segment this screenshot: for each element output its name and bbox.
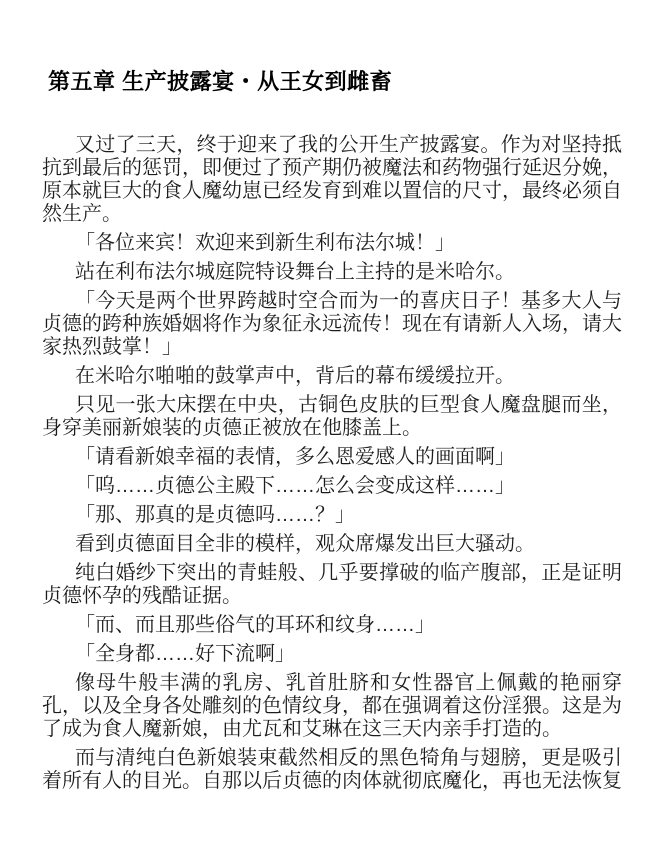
paragraph: 「请看新娘幸福的表情，多么恩爱感人的画面啊」 <box>42 446 622 469</box>
paragraph: 而与清纯白色新娘装束截然相反的黑色犄角与翅膀，更是吸引着所有人的目光。自那以后贞… <box>42 747 622 793</box>
paragraph: 站在利布法尔城庭院特设舞台上主持的是米哈尔。 <box>42 261 622 284</box>
paragraph: 「那、那真的是贞德吗……？」 <box>42 504 622 527</box>
paragraph: 「而、而且那些俗气的耳环和纹身……」 <box>42 614 622 637</box>
paragraph: 看到贞德面目全非的模样，观众席爆发出巨大骚动。 <box>42 533 622 556</box>
paragraph: 「全身都……好下流啊」 <box>42 643 622 666</box>
paragraph: 像母牛般丰满的乳房、乳首肚脐和女性器官上佩戴的艳丽穿孔，以及全身各处雕刻的色情纹… <box>42 672 622 741</box>
paragraph: 「今天是两个世界跨越时空合而为一的喜庆日子！基多大人与贞德的跨种族婚姻将作为象征… <box>42 290 622 359</box>
chapter-title: 第五章 生产披露宴・从王女到雌畜 <box>48 68 622 96</box>
paragraph: 「各位来宾！欢迎来到新生利布法尔城！」 <box>42 232 622 255</box>
paragraph: 「呜……贞德公主殿下……怎么会变成这样……」 <box>42 475 622 498</box>
paragraph: 又过了三天，终于迎来了我的公开生产披露宴。作为对坚持抵抗到最后的惩罚，即便过了预… <box>42 134 622 226</box>
paragraph: 纯白婚纱下突出的青蛙般、几乎要撑破的临产腹部，正是证明贞德怀孕的残酷证据。 <box>42 562 622 608</box>
chapter-body: 又过了三天，终于迎来了我的公开生产披露宴。作为对坚持抵抗到最后的惩罚，即便过了预… <box>42 134 622 793</box>
paragraph: 只见一张大床摆在中央，古铜色皮肤的巨型食人魔盘腿而坐，身穿美丽新娘装的贞德正被放… <box>42 394 622 440</box>
paragraph: 在米哈尔啪啪的鼓掌声中，背后的幕布缓缓拉开。 <box>42 365 622 388</box>
novel-page: 第五章 生产披露宴・从王女到雌畜 又过了三天，终于迎来了我的公开生产披露宴。作为… <box>0 0 650 850</box>
